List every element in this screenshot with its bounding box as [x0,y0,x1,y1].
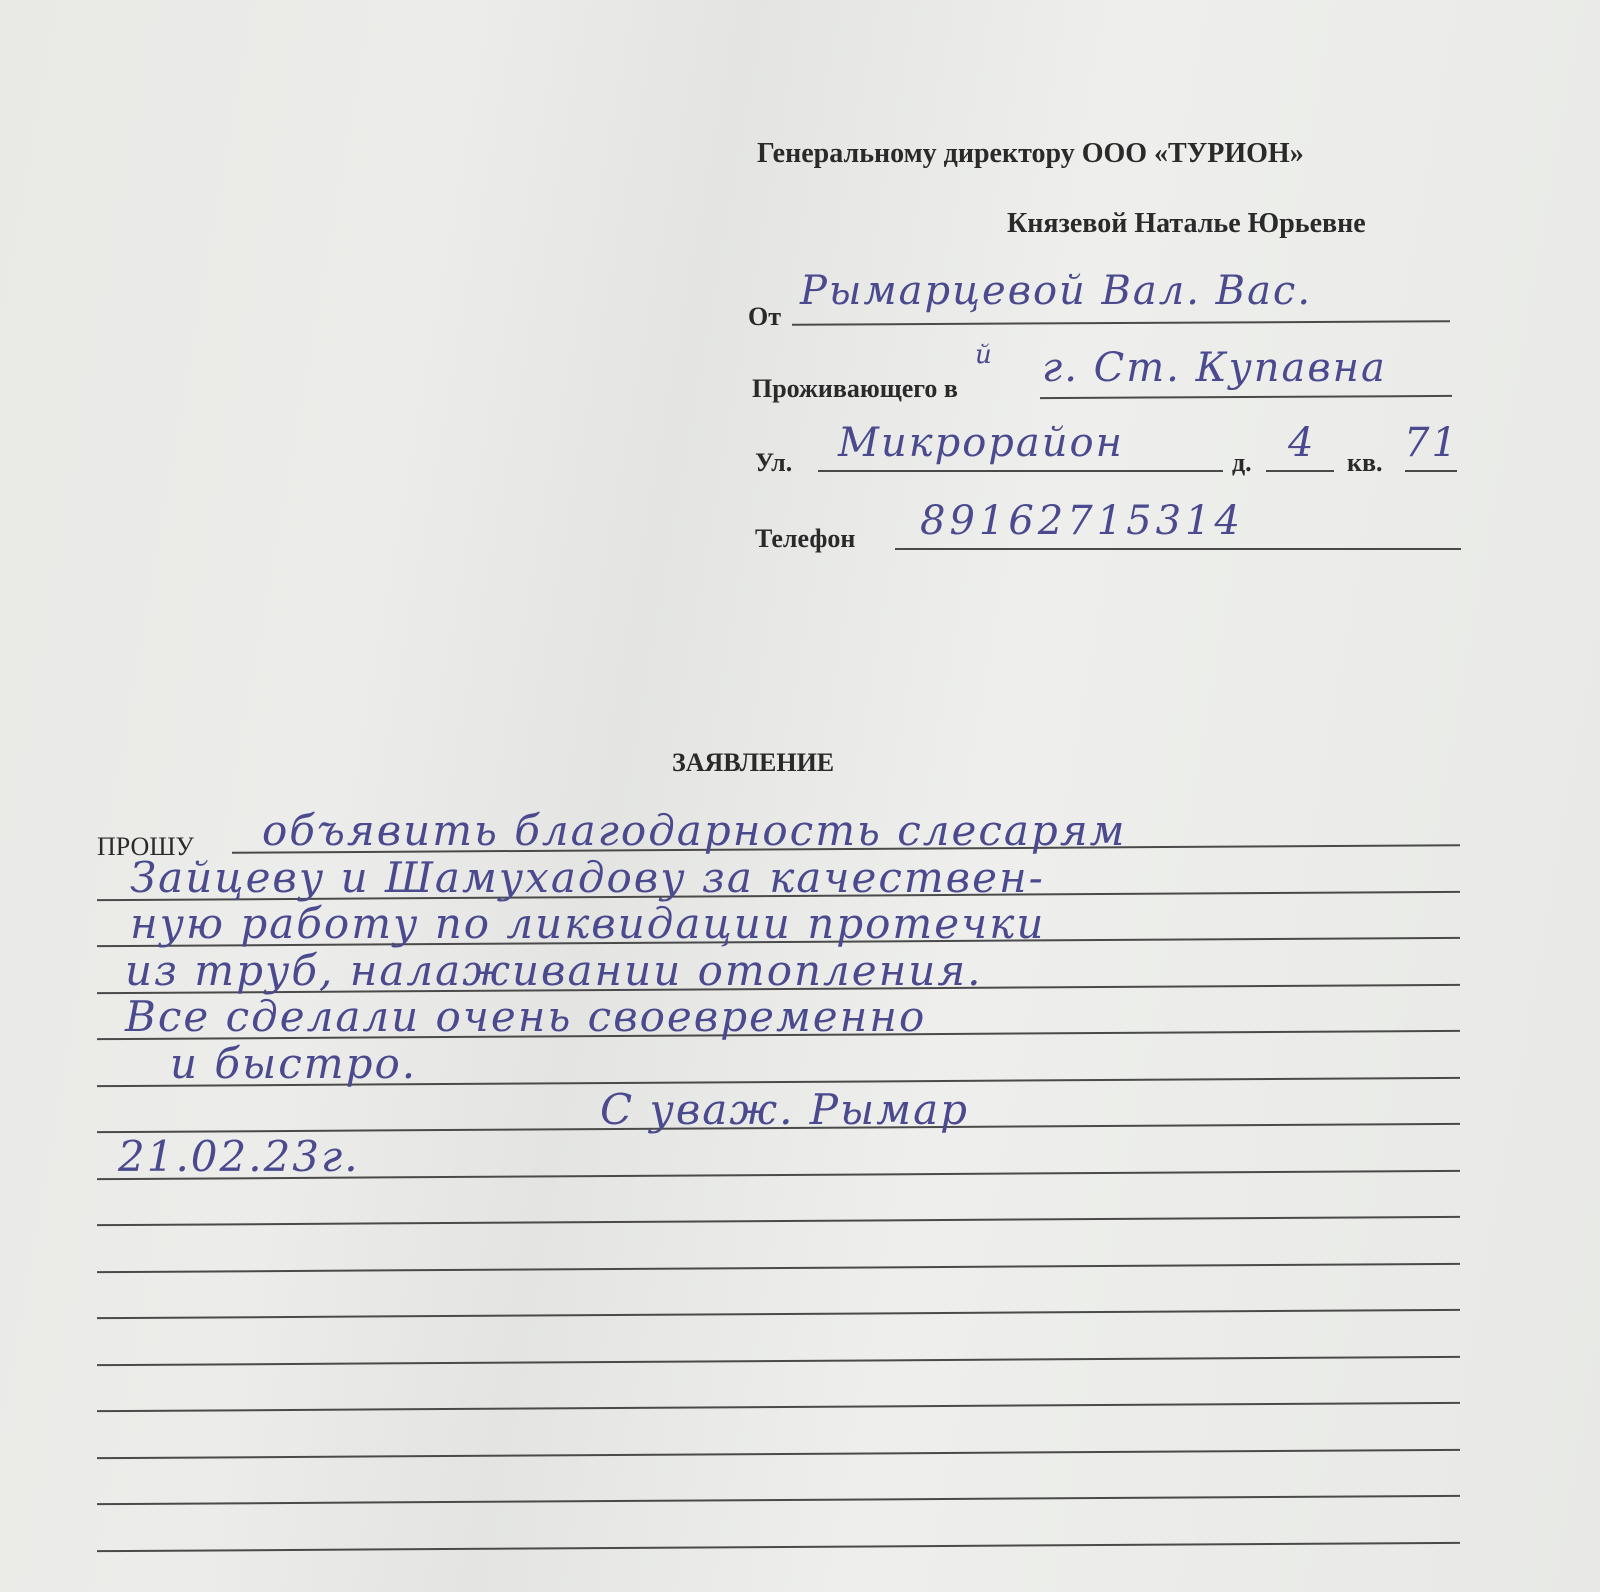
signature: С уваж. Рымар [600,1085,969,1134]
addressee-name: Князевой Наталье Юрьевне [1007,208,1366,240]
ruled-line [97,1355,1460,1365]
residence-underline [1040,395,1452,399]
request-text-line: и быстро. [170,1039,417,1088]
house-field[interactable]: 4 [1288,420,1315,466]
house-label: д. [1232,448,1252,478]
document-title: ЗАЯВЛЕНИЕ [672,748,834,778]
ruled-line [97,1448,1460,1458]
apartment-field[interactable]: 71 [1404,420,1459,466]
street-field[interactable]: Микрорайон [838,420,1124,466]
street-underline [818,470,1223,472]
ruled-line [97,1262,1460,1272]
ruled-line [97,1402,1460,1412]
request-text-line: ную работу по ликвидации протечки [130,899,1045,948]
application-form: Генеральному директору ООО «ТУРИОН» Княз… [0,0,1600,1592]
from-underline [792,320,1450,325]
apartment-underline [1405,470,1457,472]
ruled-line [97,1541,1460,1551]
house-underline [1266,470,1334,472]
street-label: Ул. [755,448,792,478]
request-text-line: объявить благодарность слесарям [262,806,1126,855]
phone-underline [895,548,1461,550]
ruled-line [97,1309,1460,1319]
phone-field[interactable]: 89162715314 [920,498,1244,544]
addressee-title: Генеральному директору ООО «ТУРИОН» [757,138,1304,170]
apartment-label: кв. [1347,448,1383,478]
from-label: От [748,302,781,332]
residence-label: Проживающего в [752,374,958,404]
residence-field[interactable]: г. Ст. Купавна [1042,345,1387,391]
ruled-line [97,1216,1460,1226]
ruled-line [97,1495,1460,1505]
phone-label: Телефон [755,524,855,554]
request-text-line: Все сделали очень своевременно [125,992,926,1041]
residence-correction: й [975,340,994,370]
request-text-line: из труб, налаживании отопления. [125,946,983,995]
request-text-line: Зайцеву и Шамухадову за качествен- [130,853,1045,902]
date: 21.02.23г. [118,1132,360,1181]
from-field[interactable]: Рымарцевой Вал. Вас. [800,268,1312,314]
